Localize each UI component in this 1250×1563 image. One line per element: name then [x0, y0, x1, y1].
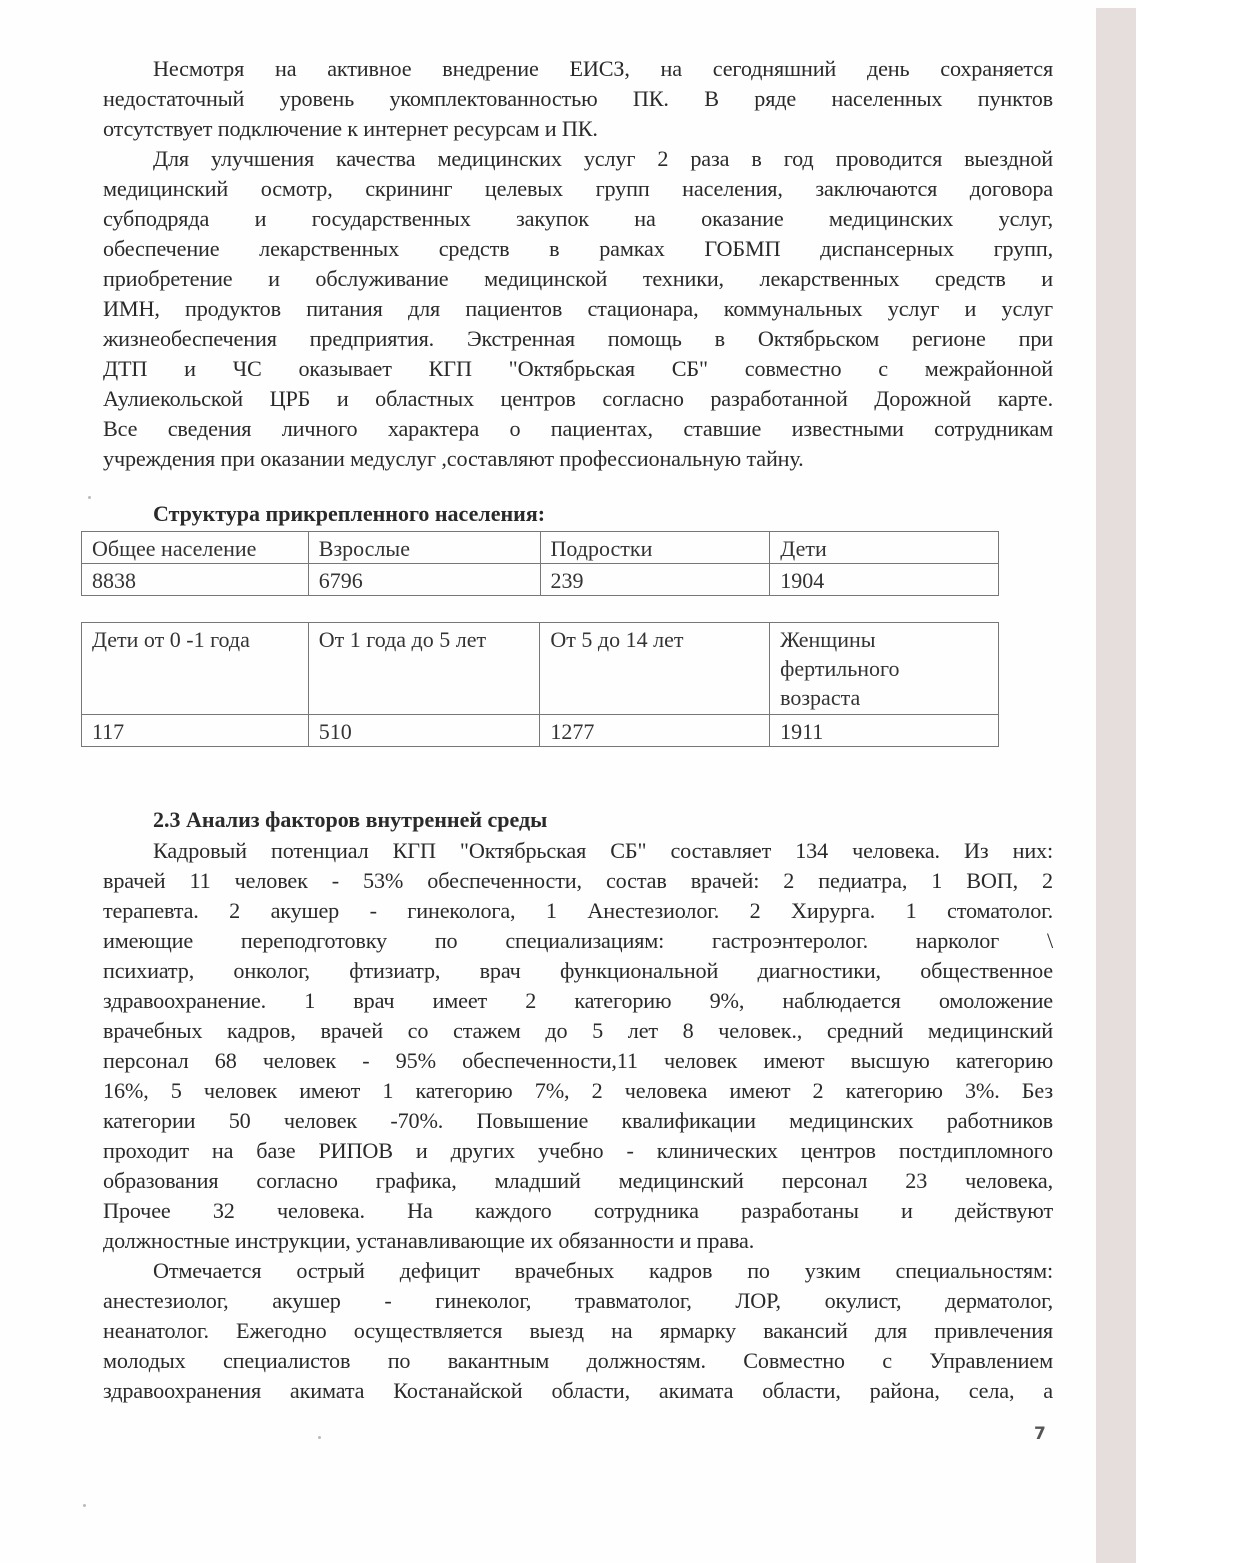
text-line: проходит на базе РИПОВ и других учебно -… [103, 1136, 1053, 1166]
table-cell: 1911 [770, 715, 999, 747]
table-cell: 1277 [540, 715, 770, 747]
text-line: психиатр, онколог, фтизиатр, врач функци… [103, 956, 1053, 986]
text-line: приобретение и обслуживание медицинской … [103, 264, 1053, 294]
text-line: здравоохранения акимата Костанайской обл… [103, 1376, 1053, 1406]
text-line: врачебных кадров, врачей со стажем до 5 … [103, 1016, 1053, 1046]
text-line: Кадровый потенциал КГП "Октябрьская СБ" … [103, 836, 1053, 866]
text-line: врачей 11 человек - 53% обеспеченности, … [103, 866, 1053, 896]
paragraph-staffing: Кадровый потенциал КГП "Октябрьская СБ" … [103, 836, 1053, 1256]
table-header-cell: Женщины фертильного возраста [770, 623, 999, 715]
table-header-cell: Дети от 0 -1 года [82, 623, 309, 715]
text-line: Аулиекольской ЦРБ и областных центров со… [103, 384, 1053, 414]
text-line: имеющие переподготовку по специализациям… [103, 926, 1053, 956]
table-header-cell: Подростки [540, 532, 770, 564]
text-line: неанатолог. Ежегодно осуществляется выез… [103, 1316, 1053, 1346]
text-line: должностные инструкции, устанавливающие … [103, 1226, 1053, 1256]
scan-speck [318, 1436, 321, 1439]
text-line: обеспечение лекарственных средств в рамк… [103, 234, 1053, 264]
table-cell: 1904 [770, 564, 999, 596]
table-row: 8838 6796 239 1904 [82, 564, 999, 596]
table-header-row: Общее население Взрослые Подростки Дети [82, 532, 999, 564]
scan-speck [83, 1504, 86, 1507]
header-line: возраста [780, 683, 988, 712]
table-header-cell: Дети [770, 532, 999, 564]
text-line: учреждения при оказании медуслуг ,состав… [103, 444, 1053, 474]
text-line: Несмотря на активное внедрение ЕИСЗ, на … [103, 54, 1053, 84]
scan-edge-shadow [1096, 8, 1136, 1563]
text-line: 16%, 5 человек имеют 1 категорию 7%, 2 ч… [103, 1076, 1053, 1106]
scan-margin [1136, 0, 1250, 1563]
text-line: персонал 68 человек - 95% обеспеченности… [103, 1046, 1053, 1076]
scan-speck [88, 496, 91, 499]
population-table-main: Общее население Взрослые Подростки Дети … [81, 531, 999, 596]
text-line: ДТП и ЧС оказывает КГП "Октябрьская СБ" … [103, 354, 1053, 384]
table-cell: 239 [540, 564, 770, 596]
text-line: Отмечается острый дефицит врачебных кадр… [103, 1256, 1053, 1286]
table-cell: 6796 [308, 564, 540, 596]
table-header-cell: Взрослые [308, 532, 540, 564]
text-line: субподряда и государственных закупок на … [103, 204, 1053, 234]
page-number: 7 [1034, 1424, 1046, 1444]
text-line: Все сведения личного характера о пациент… [103, 414, 1053, 444]
text-line: анестезиолог, акушер - гинеколог, травма… [103, 1286, 1053, 1316]
section-heading: 2.3 Анализ факторов внутренней среды [153, 806, 547, 834]
table-header-row: Дети от 0 -1 года От 1 года до 5 лет От … [82, 623, 999, 715]
table-cell: 510 [308, 715, 540, 747]
paragraph-staff-shortage: Отмечается острый дефицит врачебных кадр… [103, 1256, 1053, 1406]
text-line: образования согласно графика, младший ме… [103, 1166, 1053, 1196]
text-line: категории 50 человек -70%. Повышение ква… [103, 1106, 1053, 1136]
table-header-cell: От 5 до 14 лет [540, 623, 770, 715]
text-line: молодых специалистов по вакантным должно… [103, 1346, 1053, 1376]
table-cell: 8838 [82, 564, 309, 596]
header-line: Женщины [780, 625, 988, 654]
text-line: медицинский осмотр, скрининг целевых гру… [103, 174, 1053, 204]
table-header-cell: Общее население [82, 532, 309, 564]
text-line: ИМН, продуктов питания для пациентов ста… [103, 294, 1053, 324]
table-row: 117 510 1277 1911 [82, 715, 999, 747]
text-line: отсутствует подключение к интернет ресур… [103, 114, 1053, 144]
table-cell: 117 [82, 715, 309, 747]
population-table-age-groups: Дети от 0 -1 года От 1 года до 5 лет От … [81, 622, 999, 747]
table-header-cell: От 1 года до 5 лет [308, 623, 540, 715]
text-line: недостаточный уровень укомплектованность… [103, 84, 1053, 114]
document-page: Несмотря на активное внедрение ЕИСЗ, на … [0, 0, 1096, 1563]
header-line: фертильного [780, 654, 988, 683]
text-line: жизнеобеспечения предприятия. Экстренная… [103, 324, 1053, 354]
text-line: здравоохранение. 1 врач имеет 2 категори… [103, 986, 1053, 1016]
population-structure-title: Структура прикрепленного населения: [153, 500, 545, 528]
text-line: Для улучшения качества медицинских услуг… [103, 144, 1053, 174]
text-line: Прочее 32 человека. На каждого сотрудник… [103, 1196, 1053, 1226]
paragraph-medical-services: Для улучшения качества медицинских услуг… [103, 144, 1053, 474]
text-line: терапевта. 2 акушер - гинеколога, 1 Анес… [103, 896, 1053, 926]
paragraph-eisz: Несмотря на активное внедрение ЕИСЗ, на … [103, 54, 1053, 144]
